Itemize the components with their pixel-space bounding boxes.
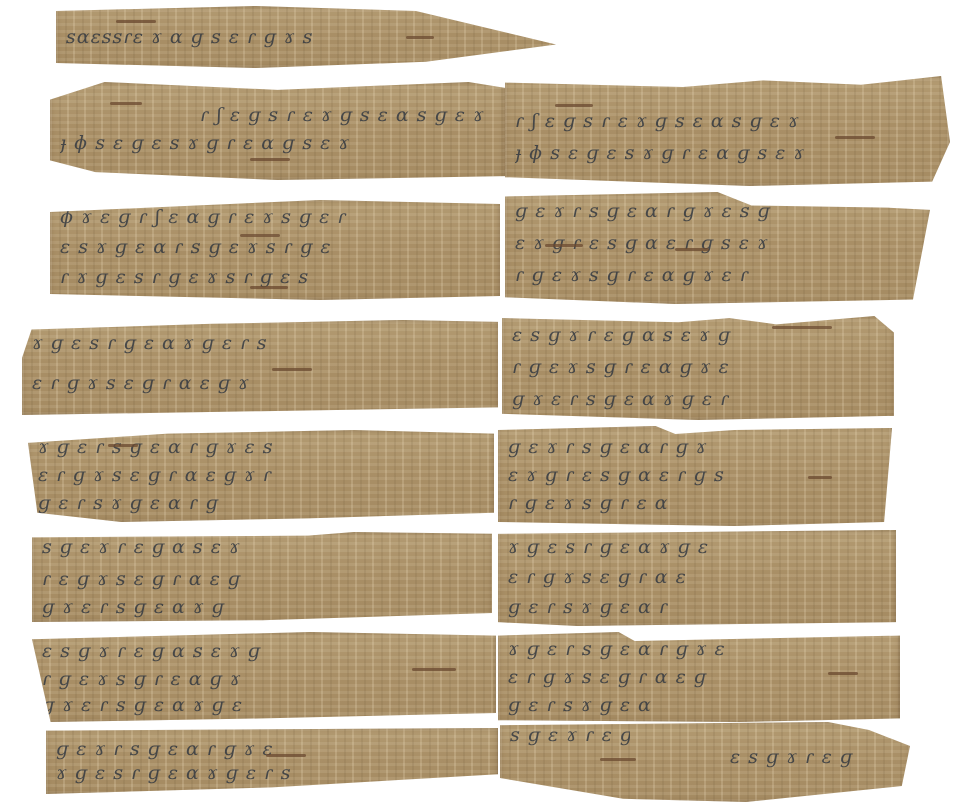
lenticel-mark xyxy=(406,36,434,39)
manuscript-fragment: ɛ ꜱ ɡ ɤ ɾ ɛ ɡ ꜱ ɡ ɛ ɤ ɾ ɛ ɡ ɑ xyxy=(500,722,910,802)
script-line: ɾ ɛ ɡ ɤ ꜱ ɛ ɡ ɾ ɑ ɛ ɡ xyxy=(42,568,482,590)
manuscript-fragment: ɤ ɡ ɛ ɾ ꜱ ɡ ɛ ɑ ɾ ɡ ɤ ɛ ꜱ ɛ ɾ ɡ ɤ ꜱ ɛ ɡ … xyxy=(28,430,494,522)
script-line: ꜱɑɛꜱꜱɾɛ ɤ ɑ ɡ ꜱ ɛ ɾ ɡ ɤ ꜱ xyxy=(66,26,546,48)
script-line: ɾ ɡ ɛ ɤ ꜱ ɡ ɾ ɛ ɑ ɡ ɤ xyxy=(42,668,486,690)
script-line: ɾ ɡ ɛ ɤ ꜱ ɡ ɾ ɛ ɑ ɡ ɤ ɛ ɾ xyxy=(515,264,920,286)
script-line: ɟ ɸ ꜱ ɛ ɡ ɛ ꜱ ɤ ɡ ɾ ɛ ɑ ɡ ꜱ ɛ ɤ xyxy=(515,142,940,164)
script-line: ɛ ꜱ ɡ ɤ ɾ ɛ ɡ xyxy=(730,746,900,768)
lenticel-mark xyxy=(250,286,288,289)
lenticel-mark xyxy=(545,244,583,247)
script-line: ɛ ɤ ɡ ɾ ɛ ꜱ ɡ ɑ ɛ ɾ ɡ ꜱ ɛ ɤ xyxy=(515,232,920,254)
manuscript-fragment: ɾ ʃ ɛ ɡ ꜱ ɾ ɛ ɤ ɡ ꜱ ɛ ɑ ꜱ ɡ ɛ ɤ ɟ ɸ ꜱ ɛ … xyxy=(505,76,950,186)
lenticel-mark xyxy=(412,668,456,671)
manuscript-fragment: ɤ ɡ ɛ ꜱ ɾ ɡ ɛ ɑ ɤ ɡ ɛ ɾ ꜱ ɛ ɾ ɡ ɤ ꜱ ɛ ɡ … xyxy=(22,320,498,415)
manuscript-fragment: ɾ ʃ ɛ ɡ ꜱ ɾ ɛ ɤ ɡ ꜱ ɛ ɑ ꜱ ɡ ɛ ɤ ɟ ɸ ꜱ ɛ … xyxy=(50,82,505,180)
script-line: ɤ ɡ ɛ ꜱ ɾ ɡ ɛ ɑ ɤ ɡ ɛ ɾ ꜱ xyxy=(32,332,488,354)
script-line: ɡ ɛ ɤ ɾ ꜱ ɡ ɛ ɑ ɾ ɡ ɤ xyxy=(508,436,882,458)
manuscript-fragment: ɛ ꜱ ɡ ɤ ɾ ɛ ɡ ɑ ꜱ ɛ ɤ ɡ ɾ ɡ ɛ ɤ ꜱ ɡ ɾ ɛ … xyxy=(32,632,496,722)
manuscript-fragment: ꜱɑɛꜱꜱɾɛ ɤ ɑ ɡ ꜱ ɛ ɾ ɡ ɤ ꜱ xyxy=(56,6,556,68)
lenticel-mark xyxy=(272,368,312,371)
script-line: ɾ ɡ ɛ ɤ ꜱ ɡ ɾ ɛ ɑ xyxy=(508,492,882,514)
lenticel-mark xyxy=(555,104,593,107)
lenticel-mark xyxy=(266,754,306,757)
script-line: ɡ ɛ ɾ ꜱ ɤ ɡ ɛ ɑ ɾ xyxy=(508,596,886,618)
script-line: ɾ ʃ ɛ ɡ ꜱ ɾ ɛ ɤ ɡ ꜱ ɛ ɑ ꜱ ɡ ɛ ɤ xyxy=(515,110,940,132)
lenticel-mark xyxy=(828,672,858,675)
script-line: ɤ ɡ ɛ ꜱ ɾ ɡ ɛ ɑ ɤ ɡ ɛ xyxy=(508,536,886,558)
script-line: ɛ ɤ ɡ ɾ ɛ ꜱ ɡ ɑ ɛ ɾ ɡ ꜱ xyxy=(508,464,882,486)
lenticel-mark xyxy=(675,248,709,251)
manuscript-fragment: ɸ ɤ ɛ ɡ ɾ ʃ ɛ ɑ ɡ ɾ ɛ ɤ ꜱ ɡ ɛ ɾ ɛ ꜱ ɤ ɡ … xyxy=(50,200,500,300)
script-line: ɡ ɛ ɾ ꜱ ɤ ɡ ɛ ɑ xyxy=(508,694,890,716)
lenticel-mark xyxy=(108,444,138,447)
lenticel-mark xyxy=(835,136,875,139)
script-line: ɡ ɛ ɾ ꜱ ɤ ɡ ɛ ɑ ɾ ɡ xyxy=(38,492,484,514)
script-line: ɾ ɤ ɡ ɛ ꜱ ɾ ɡ ɛ ɤ ꜱ ɾ ɡ ɛ ꜱ xyxy=(60,266,490,288)
script-line: ɾ ɡ ɛ ɤ ꜱ ɡ ɾ ɛ ɑ ɡ ɤ ɛ xyxy=(512,356,884,378)
script-line: ɤ ɡ ɛ ɾ ꜱ ɡ ɛ ɑ ɾ ɡ ɤ ɛ ꜱ xyxy=(38,436,484,458)
script-line: ꜱ ɡ ɛ ɤ ɾ ɛ ɡ ɑ xyxy=(510,724,630,746)
script-line: ɛ ɾ ɡ ɤ ꜱ ɛ ɡ ɾ ɑ ɛ ɡ ɤ xyxy=(32,372,488,394)
script-line: ɡ ɤ ɛ ɾ ꜱ ɡ ɛ ɑ ɤ ɡ ɛ ɾ xyxy=(512,388,884,410)
lenticel-mark xyxy=(116,20,156,23)
script-line: ɤ ɡ ɛ ɾ ꜱ ɡ ɛ ɑ ɾ ɡ ɤ ɛ xyxy=(508,638,890,660)
manuscript-fragment: ɤ ɡ ɛ ɾ ꜱ ɡ ɛ ɑ ɾ ɡ ɤ ɛ ɛ ɾ ɡ ɤ ꜱ ɛ ɡ ɾ … xyxy=(498,632,900,722)
script-line: ɡ ɤ ɛ ɾ ꜱ ɡ ɛ ɑ ɤ ɡ xyxy=(42,596,482,618)
lenticel-mark xyxy=(772,326,832,329)
lenticel-mark xyxy=(240,234,280,237)
script-line: ɟ ɸ ꜱ ɛ ɡ ɛ ꜱ ɤ ɡ ɾ ɛ ɑ ɡ ꜱ ɛ ɤ xyxy=(60,132,495,154)
script-line: ꜱ ɡ ɛ ɤ ɾ ɛ ɡ ɑ ꜱ ɛ ɤ xyxy=(42,536,482,558)
lenticel-mark xyxy=(600,758,636,761)
lenticel-mark xyxy=(110,102,142,105)
lenticel-mark xyxy=(250,158,290,161)
manuscript-fragment: ꜱ ɡ ɛ ɤ ɾ ɛ ɡ ɑ ꜱ ɛ ɤ ɾ ɛ ɡ ɤ ꜱ ɛ ɡ ɾ ɑ … xyxy=(32,532,492,622)
script-line: ɛ ɾ ɡ ɤ ꜱ ɛ ɡ ɾ ɑ ɛ ɡ xyxy=(508,666,890,688)
script-line: ɾ ʃ ɛ ɡ ꜱ ɾ ɛ ɤ ɡ ꜱ ɛ ɑ ꜱ ɡ ɛ ɤ xyxy=(200,104,495,126)
manuscript-fragment: ɛ ꜱ ɡ ɤ ɾ ɛ ɡ ɑ ꜱ ɛ ɤ ɡ ɾ ɡ ɛ ɤ ꜱ ɡ ɾ ɛ … xyxy=(502,316,894,420)
script-line: ɸ ɤ ɛ ɡ ɾ ʃ ɛ ɑ ɡ ɾ ɛ ɤ ꜱ ɡ ɛ ɾ xyxy=(60,206,490,228)
manuscript-fragment: ɡ ɛ ɤ ɾ ꜱ ɡ ɛ ɑ ɾ ɡ ɤ ɛ ɤ ɡ ɾ ɛ ꜱ ɡ ɑ ɛ … xyxy=(498,426,892,526)
manuscript-fragment: ɡ ɛ ɤ ɾ ꜱ ɡ ɛ ɑ ɾ ɡ ɤ ɛ ɤ ɡ ɛ ꜱ ɾ ɡ ɛ ɑ … xyxy=(46,728,498,794)
script-line: ɡ ɤ ɛ ɾ ꜱ ɡ ɛ ɑ ɤ ɡ ɛ xyxy=(42,694,486,716)
lenticel-mark xyxy=(808,476,832,479)
script-line: ɛ ꜱ ɤ ɡ ɛ ɑ ɾ ꜱ ɡ ɛ ɤ ꜱ ɾ ɡ ɛ xyxy=(60,236,490,258)
manuscript-fragment: ɤ ɡ ɛ ꜱ ɾ ɡ ɛ ɑ ɤ ɡ ɛ ɛ ɾ ɡ ɤ ꜱ ɛ ɡ ɾ ɑ … xyxy=(498,530,896,626)
script-line: ɤ ɡ ɛ ꜱ ɾ ɡ ɛ ɑ ɤ ɡ ɛ ɾ ꜱ xyxy=(56,762,488,784)
manuscript-fragment: ɡ ɛ ɤ ɾ ꜱ ɡ ɛ ɑ ɾ ɡ ɤ ɛ ꜱ ɡ ɛ ɤ ɡ ɾ ɛ ꜱ … xyxy=(505,192,930,304)
script-line: ɡ ɛ ɤ ɾ ꜱ ɡ ɛ ɑ ɾ ɡ ɤ ɛ ꜱ ɡ xyxy=(515,200,920,222)
script-line: ɛ ꜱ ɡ ɤ ɾ ɛ ɡ ɑ ꜱ ɛ ɤ ɡ xyxy=(42,640,486,662)
script-line: ɛ ɾ ɡ ɤ ꜱ ɛ ɡ ɾ ɑ ɛ xyxy=(508,566,886,588)
script-line: ɛ ɾ ɡ ɤ ꜱ ɛ ɡ ɾ ɑ ɛ ɡ ɤ ɾ xyxy=(38,464,484,486)
